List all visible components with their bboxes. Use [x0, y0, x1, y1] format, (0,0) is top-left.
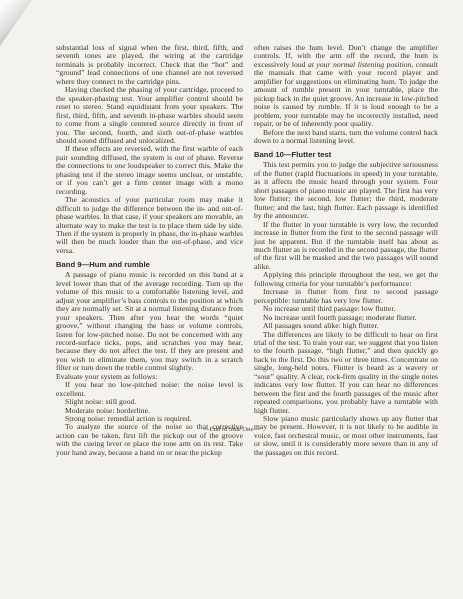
band10-heading: Band 10—Flutter test: [254, 150, 438, 159]
paragraph-hum-continued: often raises the hum level. Don’t change…: [254, 44, 438, 129]
criteria-item: Increase in flutter from first to second…: [254, 288, 438, 305]
paragraph-text: , consult the manuals that came with you…: [254, 60, 438, 128]
paragraph-flutter-low: If the flutter in your turntable is very…: [254, 221, 438, 272]
page-corner-fold: [0, 0, 32, 46]
evaluate-item: If you hear no low-pitched noise: the no…: [56, 381, 243, 398]
paragraph-flutter-training: The differences are likely to be difficu…: [254, 331, 438, 416]
band9-heading: Band 9—Hum and rumble: [56, 260, 243, 269]
paragraph-slow-piano: Slow piano music particularly shows up a…: [254, 415, 438, 457]
scanned-booklet-page: substantial loss of signal when the firs…: [0, 0, 463, 599]
paragraph-speaker-phasing-test: Having checked the phasing of your cartr…: [56, 86, 243, 145]
right-column: often raises the hum level. Don’t change…: [254, 44, 438, 457]
paragraph-room-acoustics: The acoustics of your particular room ma…: [56, 196, 243, 255]
paragraph-out-of-phase: If these effects are reversed, with the …: [56, 145, 243, 196]
end-of-side-footer: —End of Side One—: [0, 426, 463, 433]
paragraph-band9-instructions: A passage of piano music is recorded on …: [56, 271, 243, 372]
paragraph-cartridge-phasing: substantial loss of signal when the firs…: [56, 44, 243, 86]
paragraph-flutter-criteria-intro: Applying this principle throughout the t…: [254, 271, 438, 288]
paragraph-volume-reset: Before the next band starts, turn the vo…: [254, 129, 438, 146]
left-column: substantial loss of signal when the firs…: [56, 44, 243, 457]
paragraph-flutter-intro: This test permits you to judge the subje…: [254, 161, 438, 220]
